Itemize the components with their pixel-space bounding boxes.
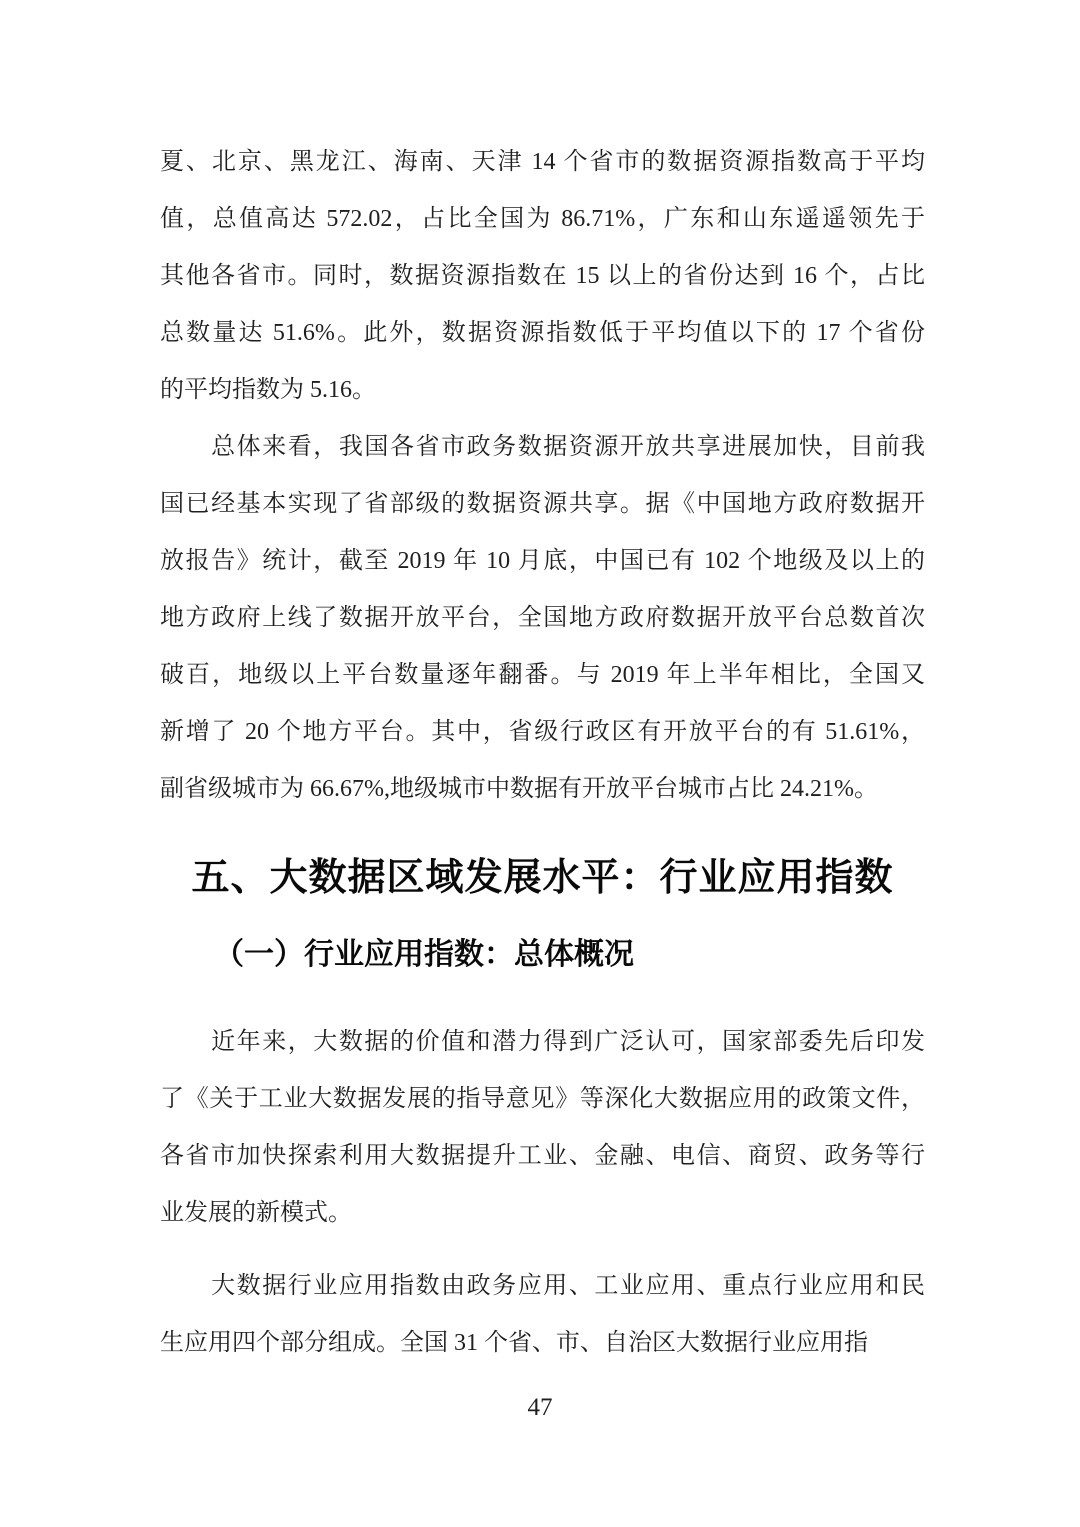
paragraph-data-resource-index: 夏、北京、黑龙江、海南、天津 14 个省市的数据资源指数高于平均值，总值高达 5… [160,134,925,419]
text-line: 了《关于工业大数据发展的指导意见》等深化大数据应用的政策文件， [160,1071,925,1128]
document-page: 夏、北京、黑龙江、海南、天津 14 个省市的数据资源指数高于平均值，总值高达 5… [0,0,1080,1527]
text-line: 地方政府上线了数据开放平台，全国地方政府数据开放平台总数首次 [160,590,925,647]
text-line: 值，总值高达 572.02，占比全国为 86.71%，广东和山东遥遥领先于 [160,191,925,248]
paragraph-index-composition: 大数据行业应用指数由政务应用、工业应用、重点行业应用和民生应用四个部分组成。全国… [160,1258,925,1372]
text-line: 各省市加快探索利用大数据提升工业、金融、电信、商贸、政务等行 [160,1128,925,1185]
text-line: 副省级城市为 66.67%,地级城市中数据有开放平台城市占比 24.21%。 [160,761,925,818]
text-line: 总数量达 51.6%。此外，数据资源指数低于平均值以下的 17 个省份 [160,305,925,362]
text-line: 大数据行业应用指数由政务应用、工业应用、重点行业应用和民 [160,1258,925,1315]
text-line: 夏、北京、黑龙江、海南、天津 14 个省市的数据资源指数高于平均 [160,134,925,191]
page-content: 夏、北京、黑龙江、海南、天津 14 个省市的数据资源指数高于平均值，总值高达 5… [160,134,925,1372]
text-line: 放报告》统计，截至 2019 年 10 月底，中国已有 102 个地级及以上的 [160,533,925,590]
text-line: 生应用四个部分组成。全国 31 个省、市、自治区大数据行业应用指 [160,1315,925,1372]
paragraph-open-data-sharing: 总体来看，我国各省市政务数据资源开放共享进展加快，目前我国已经基本实现了省部级的… [160,419,925,818]
text-line: 业发展的新模式。 [160,1185,925,1242]
text-line: 破百，地级以上平台数量逐年翻番。与 2019 年上半年相比，全国又 [160,647,925,704]
text-line: 的平均指数为 5.16。 [160,362,925,419]
section-heading: 五、大数据区域发展水平：行业应用指数 [160,850,925,907]
text-line: 新增了 20 个地方平台。其中，省级行政区有开放平台的有 51.61%， [160,704,925,761]
page-number: 47 [0,1392,1080,1424]
subsection-heading: （一）行业应用指数：总体概况 [160,933,925,977]
text-line: 其他各省市。同时，数据资源指数在 15 以上的省份达到 16 个，占比 [160,248,925,305]
text-line: 国已经基本实现了省部级的数据资源共享。据《中国地方政府数据开 [160,476,925,533]
paragraph-industry-application-intro: 近年来，大数据的价值和潜力得到广泛认可，国家部委先后印发了《关于工业大数据发展的… [160,1014,925,1242]
text-line: 总体来看，我国各省市政务数据资源开放共享进展加快，目前我 [160,419,925,476]
text-line: 近年来，大数据的价值和潜力得到广泛认可，国家部委先后印发 [160,1014,925,1071]
